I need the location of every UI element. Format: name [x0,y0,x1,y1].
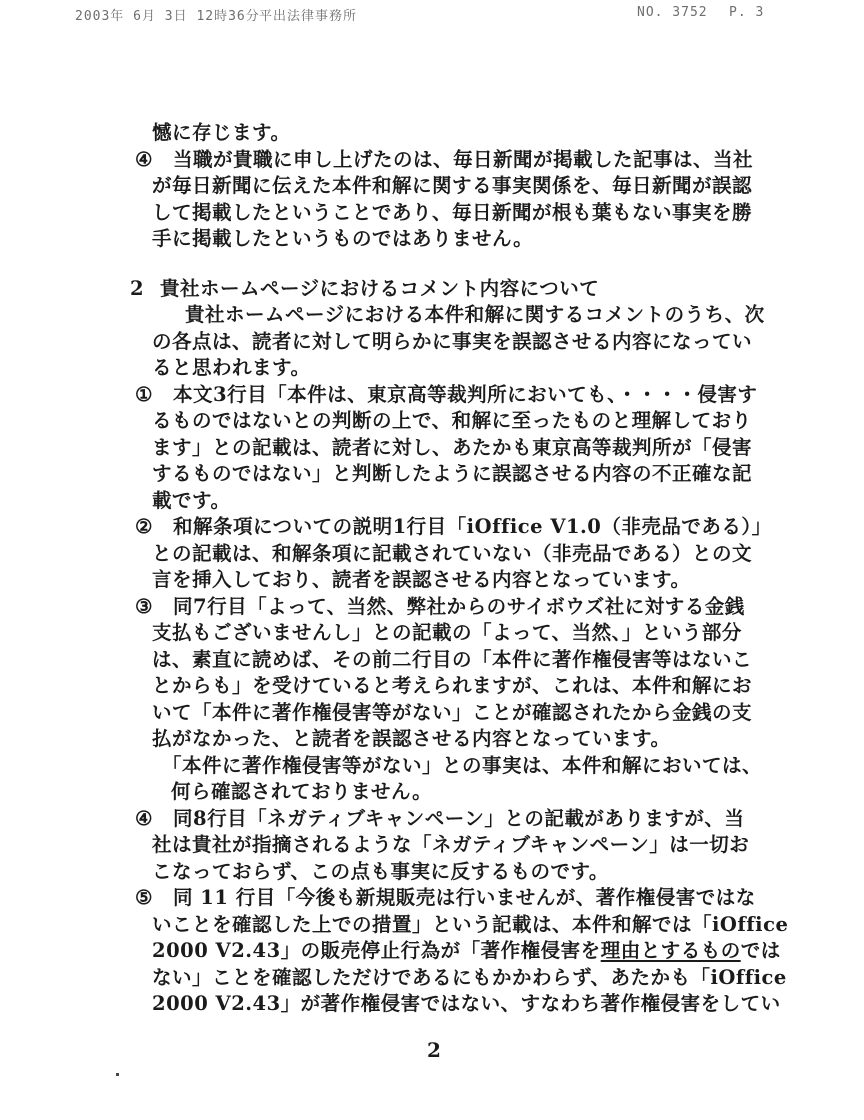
text-segment: とからも」を受けていると考えられますが、これは、本件和解にお [152,674,752,697]
list-item-line: ④同8行目「ネガティブキャンペーン」との記載がありますが、当 [135,806,744,832]
list-item-line: ⑤同 11 行目「今後も新規販売は行いませんが、著作権侵害ではな [135,885,756,911]
text-segment: いて「本件に著作権侵害等がない」ことが確認されたから金銭の支 [152,701,752,724]
list-marker: ② [135,514,173,540]
text-segment: 載です。 [152,489,230,512]
text-line: 2000 V2.43」が著作権侵害ではない、すなわち著作権侵害をしてい [152,991,781,1017]
text-segment: 言を挿入しており、読者を誤認させる内容となっています。 [152,568,690,591]
fax-datetime: 2003年 6月 3日 12時36分 [75,5,260,24]
text-segment: ない」ことを確認しただけであるにもかかわらず、あたかも「iOffice [152,966,787,989]
text-line: 払がなかった、と読者を誤認させる内容となっています。 [152,726,670,752]
list-item-line: ③同7行目「よって、当然、弊社からのサイボウズ社に対する金銭 [135,594,745,620]
text-line: ると思われます。 [152,355,310,381]
text-line: とからも」を受けていると考えられますが、これは、本件和解にお [152,673,752,699]
text-segment: 2000 V2.43」が著作権侵害ではない、すなわち著作権侵害をしてい [152,992,781,1015]
text-segment: では [741,939,781,962]
fax-number: NO. 3752 [637,5,708,20]
list-marker: ③ [135,594,173,620]
text-line: の各点は、読者に対して明らかに事実を誤認させる内容になってい [152,329,752,355]
list-marker: ④ [135,147,173,173]
text-line: するものではない」と判断したように誤認させる内容の不正確な記 [152,461,752,487]
text-segment: との記載は、和解条項に記載されていない（非売品である）との文 [152,542,752,565]
text-line: 何ら確認されておりません。 [171,779,432,805]
text-segment: 何ら確認されておりません。 [171,780,432,803]
text-segment: 社は貴社が指摘されるような「ネガティブキャンペーン」は一切お [152,833,749,856]
text-line: との記載は、和解条項に記載されていない（非売品である）との文 [152,541,752,567]
text-line: 貴社ホームページにおける本件和解に関するコメントのうち、次 [185,302,765,328]
text-segment: 手に掲載したというものではありません。 [152,227,533,250]
text-segment: 当職が貴職に申し上げたのは、毎日新聞が掲載した記事は、当社 [173,148,753,171]
list-item-line: ①本文3行目「本件は、東京高等裁判所においても、・・・・侵害す [135,382,757,408]
text-line: して掲載したということであり、毎日新聞が根も葉もない事実を勝 [152,200,752,226]
scan-artifact-dot [116,1073,119,1076]
text-line: 載です。 [152,488,230,514]
text-line: が毎日新聞に伝えた本件和解に関する事実関係を、毎日新聞が誤認 [152,173,752,199]
page-number: 2 [427,1038,441,1062]
text-segment: 2000 V2.43」の販売停止行為が「著作権侵害を [152,939,601,962]
text-segment: 支払もございませんし」との記載の「よって、当然、」という部分 [152,621,742,644]
text-segment: いことを確認した上での措置」という記載は、本件和解では「iOffice [152,913,788,936]
text-segment: 本文3行目「本件は、東京高等裁判所においても、・・・・侵害す [173,383,757,406]
text-line: こなっておらず、この点も事実に反するものです。 [152,859,609,885]
text-segment: が毎日新聞に伝えた本件和解に関する事実関係を、毎日新聞が誤認 [152,174,752,197]
text-segment: 「本件に著作権侵害等がない」との事実は、本件和解においては、 [162,754,762,777]
text-segment: して掲載したということであり、毎日新聞が根も葉もない事実を勝 [152,201,752,224]
text-segment: ます」との記載は、読者に対し、あたかも東京高等裁判所が「侵害 [152,436,752,459]
text-segment: こなっておらず、この点も事実に反するものです。 [152,860,609,883]
text-segment: 憾に存じます。 [152,121,290,144]
scanned-fax-page: 2003年 6月 3日 12時36分 平出法律事務所 NO. 3752 P. 3… [0,0,864,1120]
list-marker: ④ [135,806,173,832]
text-segment: は、素直に読めば、その前二行目の「本件に著作権侵害等はないこ [152,648,752,671]
text-segment: の各点は、読者に対して明らかに事実を誤認させる内容になってい [152,330,752,353]
text-line: 憾に存じます。 [152,120,290,146]
text-segment: するものではない」と判断したように誤認させる内容の不正確な記 [152,462,752,485]
text-segment: 和解条項についての説明1行目「iOffice V1.0（非売品である）」 [173,515,772,538]
list-item-line: ②和解条項についての説明1行目「iOffice V1.0（非売品である）」 [135,514,772,540]
list-marker: 2 [130,276,160,302]
list-marker: ⑤ [135,885,173,911]
text-line: 言を挿入しており、読者を誤認させる内容となっています。 [152,567,690,593]
text-line: ます」との記載は、読者に対し、あたかも東京高等裁判所が「侵害 [152,435,752,461]
text-segment: 払がなかった、と読者を誤認させる内容となっています。 [152,727,670,750]
fax-page-indicator: P. 3 [729,5,764,20]
text-line: ない」ことを確認しただけであるにもかかわらず、あたかも「iOffice [152,965,787,991]
text-segment: 同 11 行目「今後も新規販売は行いませんが、著作権侵害ではな [173,886,756,909]
text-segment: るものではないとの判断の上で、和解に至ったものと理解しており [152,409,752,432]
text-line: 支払もございませんし」との記載の「よって、当然、」という部分 [152,620,742,646]
text-segment: 貴社ホームページにおける本件和解に関するコメントのうち、次 [185,303,765,326]
text-line: 「本件に著作権侵害等がない」との事実は、本件和解においては、 [162,753,762,779]
fax-sender-name: 平出法律事務所 [259,5,357,24]
text-line: いことを確認した上での措置」という記載は、本件和解では「iOffice [152,912,788,938]
list-item-line: ④当職が貴職に申し上げたのは、毎日新聞が掲載した記事は、当社 [135,147,753,173]
text-line: いて「本件に著作権侵害等がない」ことが確認されたから金銭の支 [152,700,752,726]
text-segment: 同7行目「よって、当然、弊社からのサイボウズ社に対する金銭 [173,595,745,618]
list-item-line: 2貴社ホームページにおけるコメント内容について [130,276,599,302]
text-line: 社は貴社が指摘されるような「ネガティブキャンペーン」は一切お [152,832,749,858]
text-segment: 貴社ホームページにおけるコメント内容について [160,277,599,300]
text-line: 2000 V2.43」の販売停止行為が「著作権侵害を理由とするものでは [152,938,781,964]
list-marker: ① [135,382,173,408]
text-line: 手に掲載したというものではありません。 [152,226,533,252]
text-line: は、素直に読めば、その前二行目の「本件に著作権侵害等はないこ [152,647,752,673]
text-line: るものではないとの判断の上で、和解に至ったものと理解しており [152,408,752,434]
underlined-text: 理由とするもの [601,939,741,962]
text-segment: ると思われます。 [152,356,310,379]
text-segment: 同8行目「ネガティブキャンペーン」との記載がありますが、当 [173,807,744,830]
